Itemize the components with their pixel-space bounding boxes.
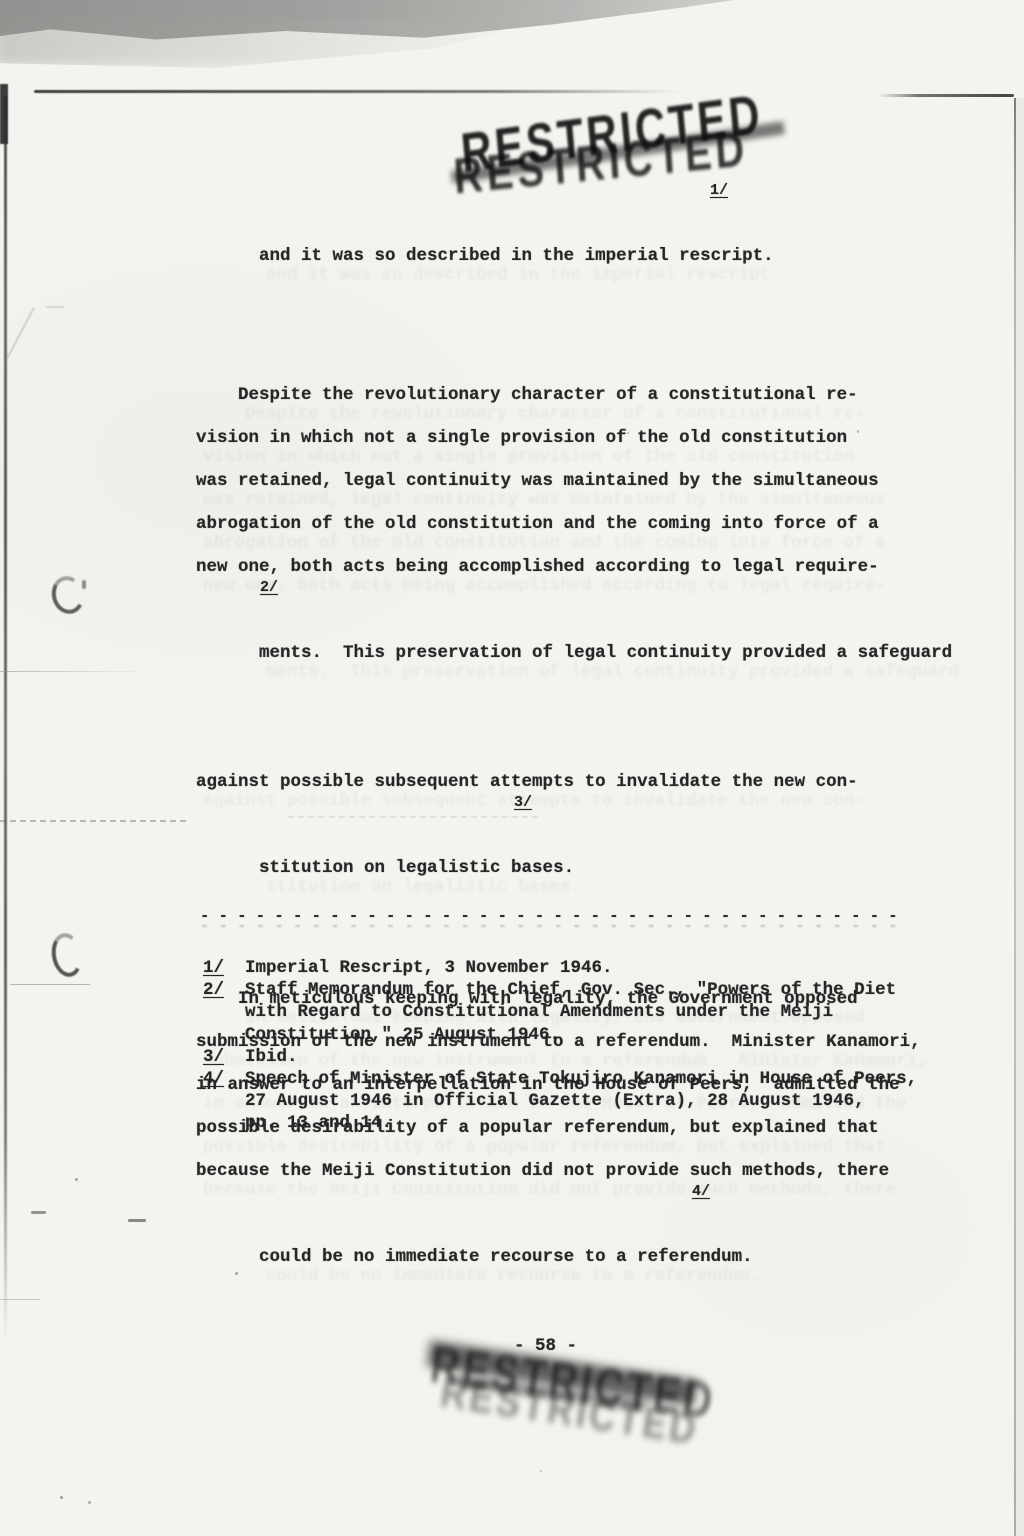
footnote-marker [203, 1090, 245, 1112]
faint-scan-line [10, 984, 90, 985]
body-line-text: abrogation of the old constitution and t… [196, 514, 879, 534]
footnote-row: with Regard to Constitutional Amendments… [203, 1001, 963, 1023]
body-line-text: new one, both acts being accomplished ac… [196, 557, 879, 577]
top-rule-line-left [34, 90, 694, 93]
footnote-row: 27 August 1946 in Official Gazette (Extr… [203, 1090, 963, 1112]
body-line: could be no immediate recourse to a refe… [196, 1193, 976, 1365]
footnote-row: 2/ Staff Memorandum for the Chief, Gov. … [203, 979, 963, 1001]
faint-scan-line [0, 671, 150, 672]
page-number: - 58 - [514, 1336, 577, 1356]
footnote-reference-mark-3: 3/ [514, 795, 532, 810]
footnote-text: Constitution," 25 August 1946. [245, 1024, 560, 1046]
ink-speck [31, 1211, 46, 1214]
footnote-text: with Regard to Constitutional Amendments… [245, 1001, 833, 1023]
footnote-marker [203, 1024, 245, 1046]
body-line-text: because the Meiji Constitution did not p… [196, 1161, 889, 1181]
scan-edge-shadow-fade [0, 18, 550, 68]
footnote-reference-mark-2: 2/ [260, 580, 278, 595]
faint-scan-line [0, 1299, 40, 1300]
page-right-edge-line [1014, 98, 1016, 1536]
body-line: and it was so described in the imperial … [196, 192, 976, 364]
pencil-mark [46, 306, 64, 308]
footnote-separator-echo: - - - - - - - - - - - - - - - - - - - - … [200, 917, 920, 941]
footnote-text: Imperial Rescript, 3 November 1946. [245, 957, 613, 979]
footnote-marker: 3/ [203, 1046, 245, 1068]
body-line-text: Despite the revolutionary character of a… [196, 385, 858, 405]
footnote-marker [203, 1112, 245, 1134]
footnote-row: 4/ Speech of Minister of State Tokujiro … [203, 1068, 963, 1090]
footnote-row: Constitution," 25 August 1946. [203, 1024, 963, 1046]
footnote-reference-mark-4: 4/ [692, 1184, 710, 1199]
faint-dashed-line [0, 820, 186, 822]
body-line: against possible subsequent attempts to … [196, 761, 976, 804]
page-right-edge [1016, 98, 1024, 1536]
footnote-row: pp. 13 and 14. [203, 1112, 963, 1134]
body-line: was retained, legal continuity was maint… [196, 460, 976, 503]
footnote-marker: 1/ [203, 957, 245, 979]
body-line: stitution on legalistic bases. 3/ [196, 804, 976, 976]
body-line: vision in which not a single provision o… [196, 417, 976, 460]
body-line-text: could be no immediate recourse to a refe… [259, 1247, 753, 1267]
ink-ring-mark-fragment [82, 580, 86, 589]
footnote-text: Ibid. [245, 1046, 298, 1068]
body-line-text: was retained, legal continuity was maint… [196, 471, 879, 491]
footnotes-section: 1/ Imperial Rescript, 3 November 1946. 2… [203, 957, 963, 1135]
top-rule-line-right [878, 94, 1014, 97]
body-line-text: stitution on legalistic bases. [259, 858, 574, 878]
footnote-marker [203, 1001, 245, 1023]
ink-speck [88, 1501, 91, 1504]
body-line: Despite the revolutionary character of a… [196, 374, 976, 417]
footnote-reference-mark-1: 1/ [710, 183, 728, 198]
footnote-text: Speech of Minister of State Tokujiro Kan… [245, 1068, 917, 1090]
footnote-marker: 4/ [203, 1068, 245, 1090]
footnote-marker: 2/ [203, 979, 245, 1001]
document-body: and it was so described in the imperial … [196, 192, 976, 1365]
body-line: abrogation of the old constitution and t… [196, 503, 976, 546]
body-line: new one, both acts being accomplished ac… [196, 546, 976, 589]
body-line-text: against possible subsequent attempts to … [196, 772, 858, 792]
body-line-text: ments. This preservation of legal contin… [259, 643, 952, 663]
footnote-row: 3/ Ibid. [203, 1046, 963, 1068]
ink-ring-mark [48, 931, 85, 980]
ink-speck [75, 1178, 78, 1181]
footnote-text: pp. 13 and 14. [245, 1112, 392, 1134]
pencil-mark [4, 307, 35, 363]
body-line: because the Meiji Constitution did not p… [196, 1150, 976, 1193]
body-line: ments. This preservation of legal contin… [196, 589, 976, 761]
footnote-text: 27 August 1946 in Official Gazette (Extr… [245, 1090, 865, 1112]
body-line-text: vision in which not a single provision o… [196, 428, 847, 448]
body-line-text: and it was so described in the imperial … [259, 246, 774, 266]
ink-speck [128, 1219, 146, 1222]
footnote-row: 1/ Imperial Rescript, 3 November 1946. [203, 957, 963, 979]
left-margin-fold-line [4, 96, 7, 1341]
ink-speck [540, 1470, 542, 1472]
scanned-document-page: RESTRICTED RESTRICTED RESTRICTED RESTRIC… [0, 0, 1024, 1536]
footnote-text: Staff Memorandum for the Chief, Gov. Sec… [245, 979, 896, 1001]
ink-speck [60, 1496, 63, 1499]
